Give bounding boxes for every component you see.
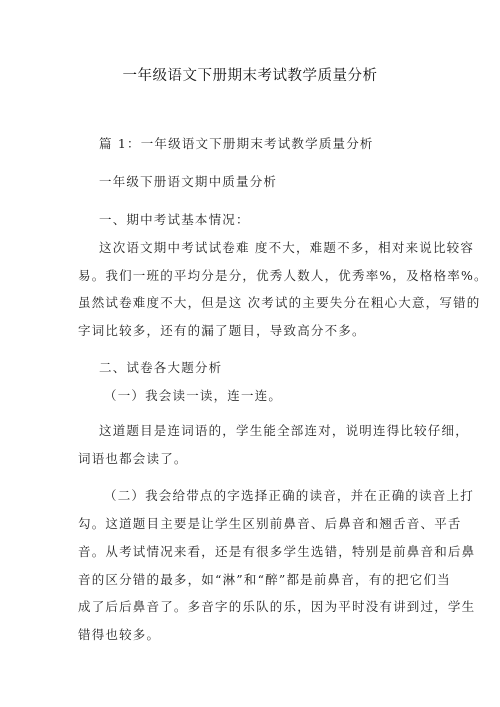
paragraph-line: 这道题目是连词语的，学生能全部连对，说明连得比较仔细， — [99, 421, 469, 439]
paragraph-line: 虽然试卷难度不大，但是这 次考试的主要失分在粗心大意，写错的 — [78, 293, 480, 311]
paragraph-line: 这次语文期中考试试卷难 度不大，难题不多，相对来说比较容 — [99, 238, 474, 256]
subsection-heading-2: （二）我会给带点的字选择正确的读音，并在正确的读音上打 — [104, 486, 474, 504]
paragraph-line: 字词比较多，还有的漏了题目，导致高分不多。 — [78, 321, 366, 339]
paragraph-line: 错得也较多。 — [78, 625, 160, 643]
section-heading-2: 二、试卷各大题分析 — [99, 358, 222, 376]
paragraph-line: 词语也都会读了。 — [78, 449, 188, 467]
paragraph-line: 成了后后鼻音了。多音字的乐队的乐，因为平时没有讲到过，学生 — [78, 597, 475, 615]
subsection-heading-1: （一）我会读一读，连一连。 — [104, 386, 282, 404]
paragraph-line: 易。我们一班的平均分是分，优秀人数人，优秀率%，及格格率%。 — [78, 266, 488, 284]
document-page: 一年级语文下册期末考试教学质量分析 篇 1：一年级语文下册期末考试教学质量分析 … — [0, 0, 500, 707]
paragraph-line: 音。从考试情况来看，还是有很多学生选错，特别是前鼻音和后鼻 — [78, 542, 475, 560]
article-heading: 篇 1：一年级语文下册期末考试教学质量分析 — [99, 134, 374, 152]
subtitle: 一年级下册语文期中质量分析 — [99, 172, 277, 190]
document-title: 一年级语文下册期末考试教学质量分析 — [0, 64, 500, 85]
paragraph-line: 勾。这道题目主要是让学生区别前鼻音、后鼻音和翘舌音、平舌 — [78, 514, 462, 532]
paragraph-line: 音的区分错的最多，如“淋”和“醉”都是前鼻音，有的把它们当 — [78, 570, 451, 588]
section-heading-1: 一、期中考试基本情况： — [99, 210, 250, 228]
